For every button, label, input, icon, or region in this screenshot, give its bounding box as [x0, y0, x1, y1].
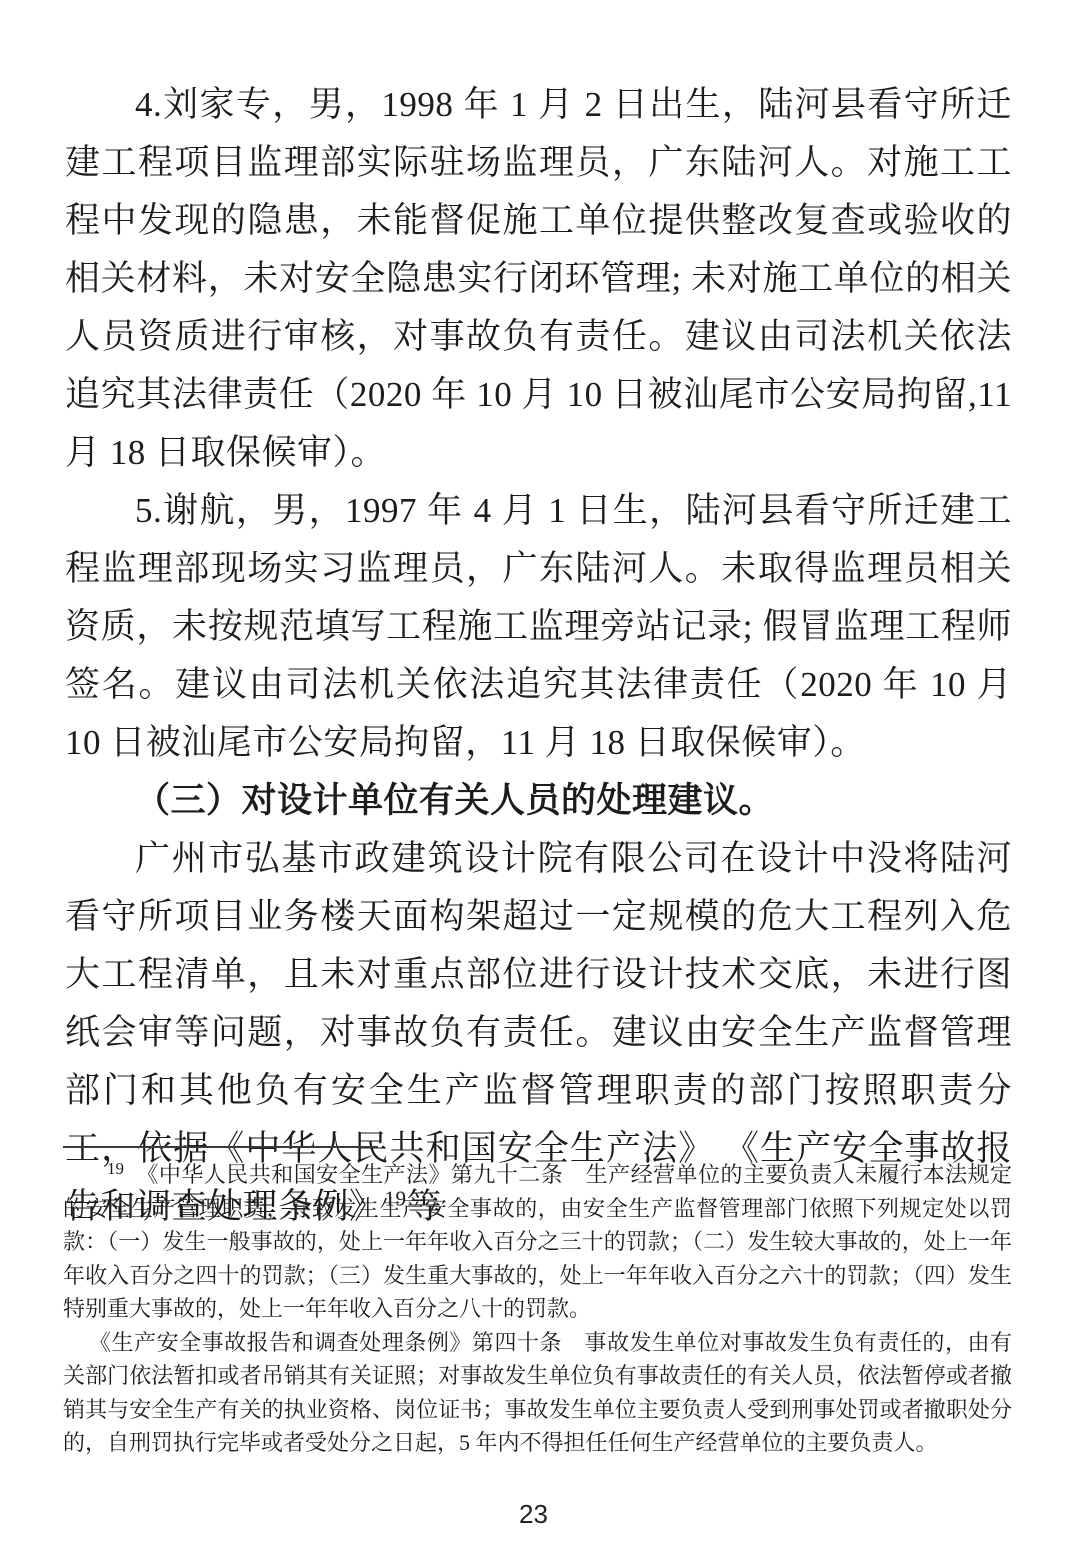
page-number: 23 — [519, 1499, 548, 1529]
footnotes-section: 19《中华人民共和国安全生产法》第九十二条 生产经营单位的主要负责人未履行本法规… — [63, 1158, 1012, 1460]
paragraph-person-4-liu-jiazhuan: 4.刘家专，男，1998 年 1 月 2 日出生，陆河县看守所迁建工程项目监理部… — [65, 76, 1012, 482]
document-body: 4.刘家专，男，1998 年 1 月 2 日出生，陆河县看守所迁建工程项目监理部… — [65, 76, 1012, 1236]
page-footer: 23 — [0, 1499, 1067, 1530]
footnote-19-text: 《中华人民共和国安全生产法》第九十二条 生产经营单位的主要负责人未履行本法规定的… — [63, 1162, 1012, 1321]
paragraph-person-5-xie-hang: 5.谢航，男，1997 年 4 月 1 日生，陆河县看守所迁建工程监理部现场实习… — [65, 482, 1012, 772]
document-page: 4.刘家专，男，1998 年 1 月 2 日出生，陆河县看守所迁建工程项目监理部… — [0, 0, 1067, 1552]
footnote-separator-line — [63, 1146, 378, 1148]
footnote-19-marker: 19 — [107, 1159, 124, 1178]
footnote-accident-report-regulation: 《生产安全事故报告和调查处理条例》第四十条 事故发生单位对事故发生负有责任的，由… — [63, 1326, 1012, 1460]
footnote-19-safety-production-law: 19《中华人民共和国安全生产法》第九十二条 生产经营单位的主要负责人未履行本法规… — [63, 1158, 1012, 1326]
section-heading-design-unit-recommendations: （三）对设计单位有关人员的处理建议。 — [65, 772, 1012, 830]
